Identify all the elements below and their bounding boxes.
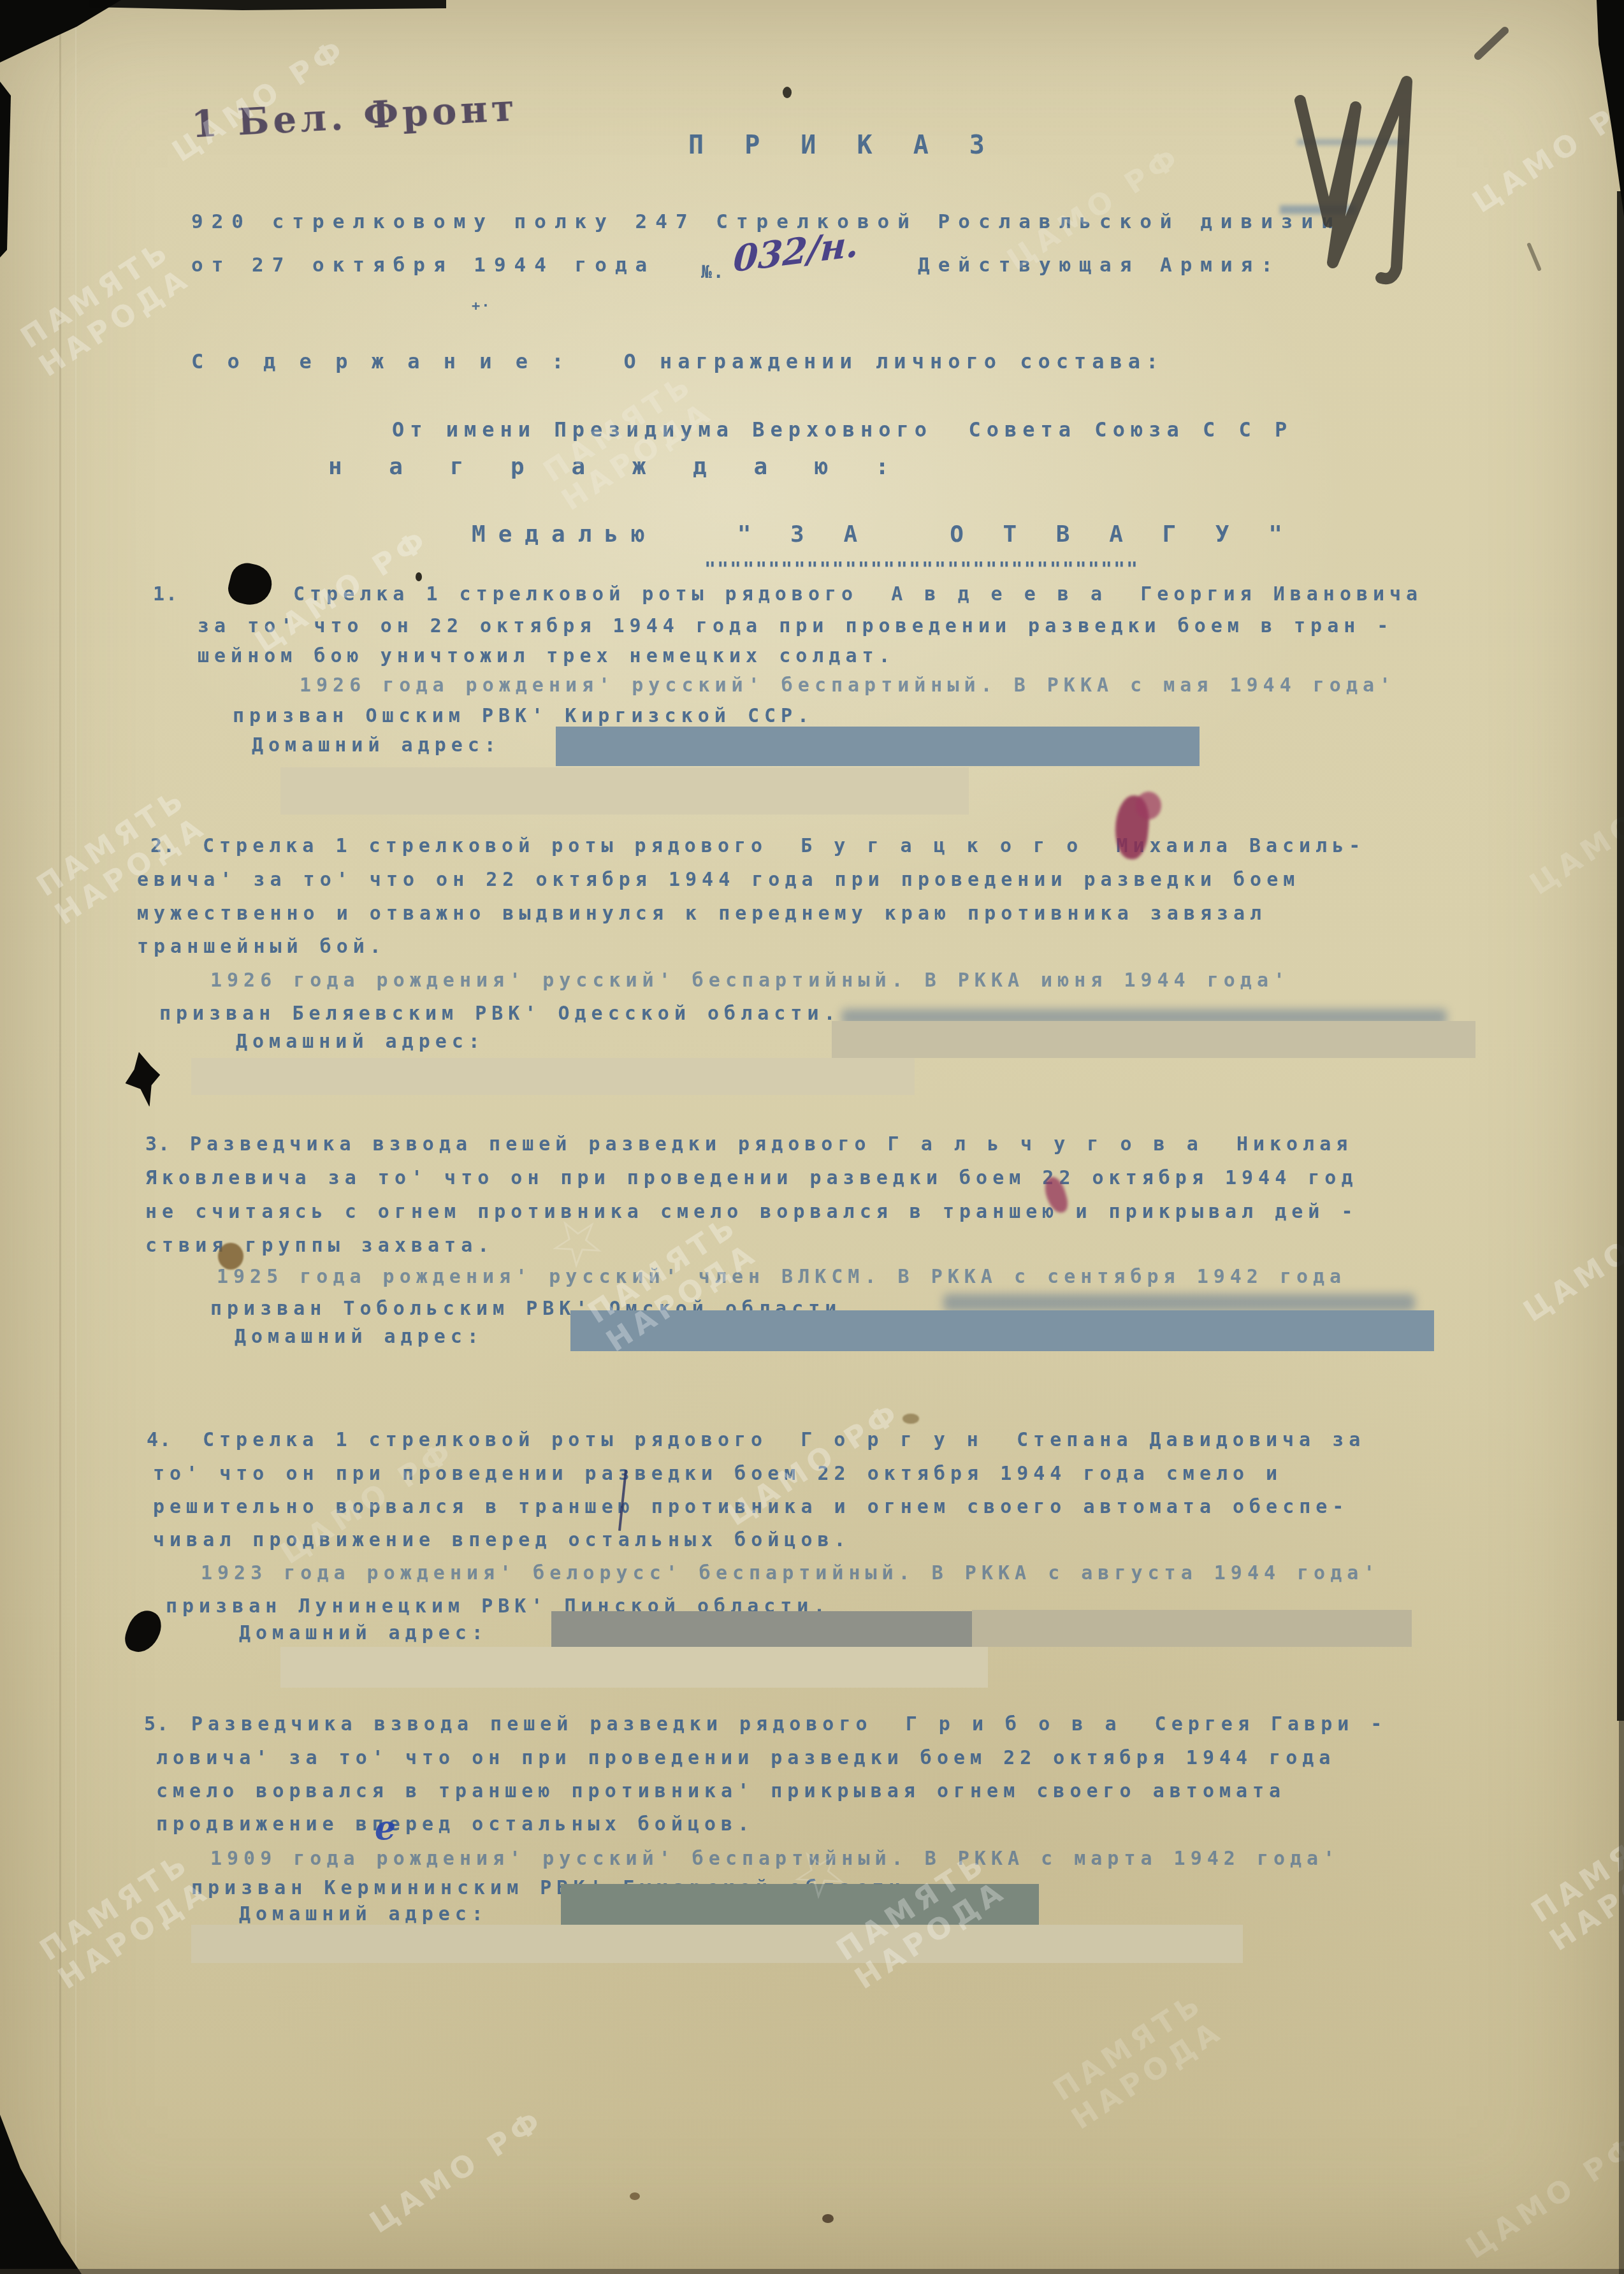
address-label: Домашний адрес: xyxy=(236,1031,485,1053)
entry-number: 5. xyxy=(144,1713,170,1735)
redaction-bar-light xyxy=(280,767,969,815)
subject-line: С о д е р ж а н и е : О награждении личн… xyxy=(191,349,1164,373)
redaction-bar-light xyxy=(280,1647,988,1688)
entry-line: траншейный бой. xyxy=(137,936,386,958)
paper-speck xyxy=(903,1414,919,1424)
entry-line: призван Ошским РВК' Киргизской ССР. xyxy=(233,705,814,727)
hole-punch xyxy=(121,1050,164,1110)
entry-line: Стрелка 1 стрелковой роты рядового Г о р… xyxy=(203,1429,1365,1451)
scanned-order-page: 1 Бел. Фронт П Р И К А З 920 стрелковому… xyxy=(0,0,1624,2274)
entry-line: Яковлевича за то' что он при проведении … xyxy=(145,1167,1358,1189)
entry-line: то' что он при проведении разведки боем … xyxy=(153,1463,1282,1485)
watermark-camo: ЦАМО РФ xyxy=(1518,1191,1624,1329)
watermark-memory: ПАМЯТЬНАРОДА xyxy=(15,233,196,384)
address-label: Домашний адрес: xyxy=(252,734,501,757)
entry-number: 4. xyxy=(147,1429,172,1451)
hole-punch xyxy=(225,560,276,609)
paper-speck xyxy=(416,572,422,581)
entry-line: 1923 года рождения' белорусс' беспартийн… xyxy=(201,1562,1380,1584)
paper-speck xyxy=(630,2192,640,2200)
entry-line: призван Беляевским РВК' Одесской области… xyxy=(159,1003,841,1025)
order-title: П Р И К А З xyxy=(688,131,997,160)
entry-line: 1926 года рождения' русский' беспартийны… xyxy=(300,674,1396,697)
ink-smudge xyxy=(943,1294,1415,1312)
entry-line: Стрелка 1 стрелковой роты рядового А в д… xyxy=(293,583,1423,605)
watermark-camo: ЦАМО РФ xyxy=(1460,2128,1624,2266)
fold-crease xyxy=(75,0,76,2274)
handwritten-correction: е xyxy=(375,1809,396,1848)
order-addressee-line: 920 стрелковому полку 247 Стрелковой Рос… xyxy=(191,210,1342,233)
redaction-bar-green xyxy=(561,1884,1039,1925)
entry-line: ствия группы захвата. xyxy=(145,1235,494,1257)
entry-line: ловича' за то' что он при проведении раз… xyxy=(156,1747,1335,1769)
redaction-bar-light xyxy=(191,1058,915,1095)
medal-line: Медалью " З А О Т В А Г У " xyxy=(472,521,1295,547)
redaction-bar xyxy=(556,727,1200,766)
fold-crease xyxy=(59,0,61,2274)
preamble-line: От имени Президиума Верховного Совета Со… xyxy=(392,417,1293,442)
watermark-memory: ПАМЯТЬНАРОДА xyxy=(1525,1807,1624,1958)
award-verb-line: н а г р а ж д а ю : xyxy=(328,454,906,480)
entry-line: 1925 года рождения' русский' член ВЛКСМ.… xyxy=(217,1266,1346,1288)
entry-line: продвижение вперед остальных бойцов. xyxy=(156,1813,754,1836)
redaction-bar xyxy=(570,1310,1434,1351)
address-label: Домашний адрес: xyxy=(239,1622,488,1644)
corner-stamp: 1 Бел. Фронт xyxy=(191,86,519,147)
medal-underline: """""""""""""""""""""""""""""""""" xyxy=(704,558,1139,581)
ink-stain xyxy=(1136,792,1161,820)
order-date-line: от 27 октября 1944 года xyxy=(191,254,655,277)
entry-line: за то' что он 22 октября 1944 года при п… xyxy=(198,615,1393,637)
army-note: Действующая Армия: xyxy=(918,254,1281,277)
paper-speck xyxy=(783,87,792,98)
redaction-bar-tan xyxy=(972,1610,1412,1647)
watermark-camo: ЦАМО РФ xyxy=(1524,764,1624,902)
entry-line: мужественно и отважно выдвинулся к перед… xyxy=(137,902,1266,925)
order-number-label: №. xyxy=(701,261,725,282)
redaction-bar-tan xyxy=(832,1021,1475,1058)
entry-line: Разведчика взвода пешей разведки рядовог… xyxy=(191,1713,1387,1735)
paper-speck xyxy=(822,2214,834,2223)
entry-line: смело ворвался в траншею противника' при… xyxy=(156,1780,1286,1802)
entry-line: 1926 года рождения' русский' беспартийны… xyxy=(210,969,1290,992)
hole-punch xyxy=(121,1606,166,1658)
entry-line: Разведчика взвода пешей разведки рядовог… xyxy=(190,1133,1352,1155)
redaction-bar-gray xyxy=(551,1611,972,1647)
entry-number: 3. xyxy=(145,1133,171,1155)
paper-stain xyxy=(218,1243,243,1270)
entry-line: 1909 года рождения' русский' беспартийны… xyxy=(210,1848,1340,1870)
entry-line: чивал продвижение вперед остальных бойцо… xyxy=(153,1529,851,1551)
entry-line: шейном бою уничтожил трех немецких солда… xyxy=(198,645,895,667)
entry-line: Стрелка 1 стрелковой роты рядового Б у г… xyxy=(203,835,1365,857)
entry-number: 2. xyxy=(150,835,176,857)
entry-line: не считаясь с огнем противника смело вор… xyxy=(145,1201,1358,1223)
entry-number: 1. xyxy=(153,583,178,605)
entry-line: решительно ворвался в траншею противника… xyxy=(153,1496,1349,1518)
typo-mark: +· xyxy=(472,298,491,314)
address-label: Домашний адрес: xyxy=(235,1326,484,1348)
watermark-memory: ПАМЯТЬНАРОДА xyxy=(1047,1985,1229,2136)
pencil-scribble xyxy=(1265,25,1624,306)
watermark-camo: ЦАМО РФ xyxy=(364,2103,551,2240)
redaction-bar-light xyxy=(191,1925,1243,1963)
entry-line: евича' за то' что он 22 октября 1944 год… xyxy=(137,869,1300,891)
address-label: Домашний адрес: xyxy=(239,1903,488,1925)
